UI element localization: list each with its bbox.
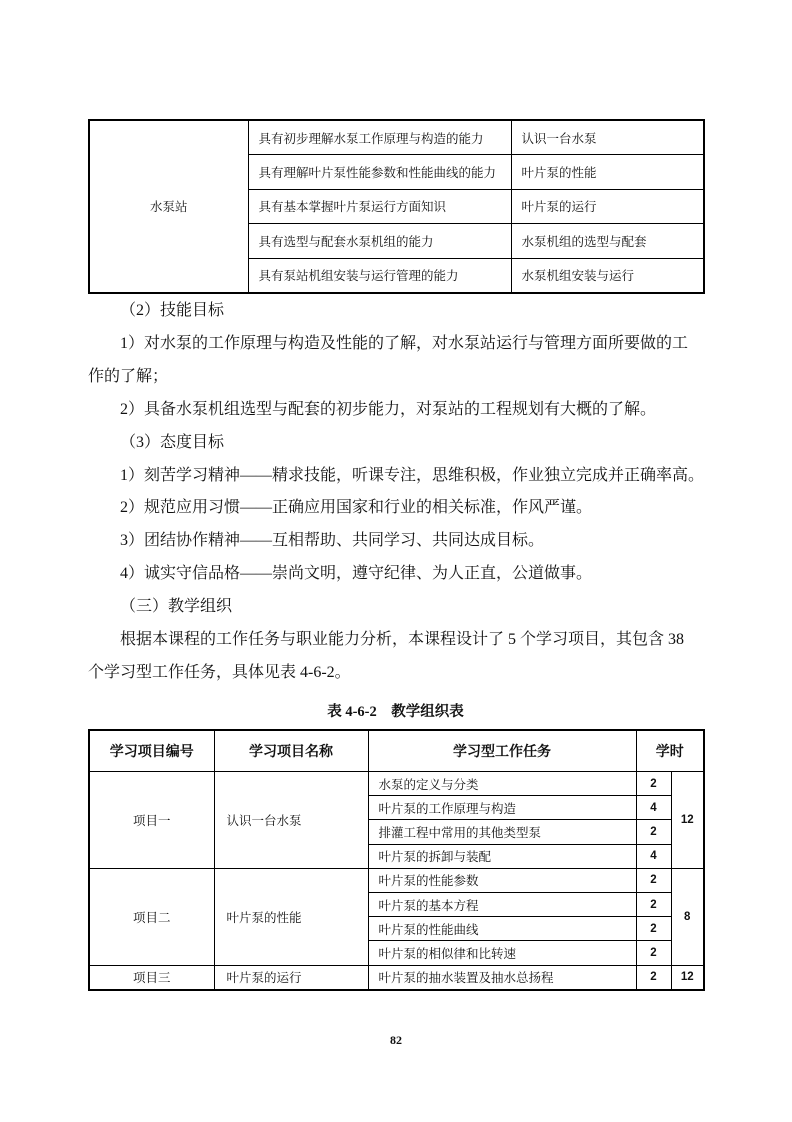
task-cell: 叶片泵的相似律和比转速 [368, 941, 636, 965]
table-row: 项目二 叶片泵的性能 叶片泵的性能参数 2 8 [89, 868, 704, 892]
project-name-cell: 叶片泵的性能 [214, 868, 368, 965]
ability-cell: 具有基本掌握叶片泵运行方面知识 [248, 189, 511, 223]
body-line: 根据本课程的工作任务与职业能力分析，本课程设计了 5 个学习项目，其包含 38 [88, 624, 768, 657]
project-name-cell: 认识一台水泵 [214, 772, 368, 869]
table-caption-label: 表 4-6-2 [327, 704, 377, 720]
task-cell: 排灌工程中常用的其他类型泵 [368, 820, 636, 844]
page-number: 82 [0, 1033, 792, 1048]
teaching-organization-table: 学习项目编号 学习项目名称 学习型工作任务 学时 项目一 认识一台水泵 水泵的定… [88, 729, 705, 991]
ability-cell: 具有选型与配套水泵机组的能力 [248, 224, 511, 258]
total-hours-cell: 12 [671, 772, 704, 869]
task-cell: 叶片泵的拆卸与装配 [368, 844, 636, 868]
body-line: 2）规范应用习惯——正确应用国家和行业的相关标准，作风严谨。 [88, 492, 768, 525]
station-cell: 水泵站 [89, 120, 248, 293]
task-cell: 水泵的定义与分类 [368, 772, 636, 796]
table-row: 项目三 叶片泵的运行 叶片泵的抽水装置及抽水总扬程 2 12 [89, 965, 704, 990]
body-line: 个学习型工作任务，具体见表 4-6-2。 [88, 657, 768, 690]
project-cell: 叶片泵的性能 [511, 155, 704, 189]
project-name-cell: 叶片泵的运行 [214, 965, 368, 990]
body-line: 作的了解； [88, 361, 768, 394]
project-id-cell: 项目一 [89, 772, 214, 869]
body-line: 3）团结协作精神——互相帮助、共同学习、共同达成目标。 [88, 525, 768, 558]
ability-cell: 具有泵站机组安装与运行管理的能力 [248, 258, 511, 293]
ability-cell: 具有初步理解水泵工作原理与构造的能力 [248, 120, 511, 155]
competency-table: 水泵站 具有初步理解水泵工作原理与构造的能力 认识一台水泵 具有理解叶片泵性能参… [88, 119, 705, 294]
project-cell: 水泵机组安装与运行 [511, 258, 704, 293]
body-line: （3）态度目标 [88, 427, 768, 460]
task-cell: 叶片泵的性能参数 [368, 868, 636, 892]
hours-cell: 2 [636, 965, 671, 990]
hours-cell: 4 [636, 844, 671, 868]
header-project-id: 学习项目编号 [89, 730, 214, 772]
hours-cell: 2 [636, 772, 671, 796]
hours-cell: 2 [636, 868, 671, 892]
document-page: 水泵站 具有初步理解水泵工作原理与构造的能力 认识一台水泵 具有理解叶片泵性能参… [0, 0, 792, 1122]
task-cell: 叶片泵的工作原理与构造 [368, 796, 636, 820]
task-cell: 叶片泵的性能曲线 [368, 917, 636, 941]
project-id-cell: 项目三 [89, 965, 214, 990]
table-row: 水泵站 具有初步理解水泵工作原理与构造的能力 认识一台水泵 [89, 120, 704, 155]
ability-cell: 具有理解叶片泵性能参数和性能曲线的能力 [248, 155, 511, 189]
total-hours-cell: 12 [671, 965, 704, 990]
project-cell: 认识一台水泵 [511, 120, 704, 155]
body-line: （2）技能目标 [88, 295, 768, 328]
hours-cell: 2 [636, 917, 671, 941]
body-line: 1）刻苦学习精神——精求技能，听课专注，思维积极，作业独立完成并正确率高。 [88, 460, 768, 493]
hours-cell: 2 [636, 892, 671, 916]
task-cell: 叶片泵的基本方程 [368, 892, 636, 916]
header-project-name: 学习项目名称 [214, 730, 368, 772]
table-row: 项目一 认识一台水泵 水泵的定义与分类 2 12 [89, 772, 704, 796]
project-cell: 水泵机组的选型与配套 [511, 224, 704, 258]
header-task: 学习型工作任务 [368, 730, 636, 772]
task-cell: 叶片泵的抽水装置及抽水总扬程 [368, 965, 636, 990]
project-cell: 叶片泵的运行 [511, 189, 704, 223]
body-line: 2）具备水泵机组选型与配套的初步能力，对泵站的工程规划有大概的了解。 [88, 394, 768, 427]
hours-cell: 2 [636, 820, 671, 844]
total-hours-cell: 8 [671, 868, 704, 965]
body-line: 1）对水泵的工作原理与构造及性能的了解，对水泵站运行与管理方面所要做的工 [88, 328, 768, 361]
body-line: 4）诚实守信品格——崇尚文明，遵守纪律、为人正直，公道做事。 [88, 558, 768, 591]
body-line: （三）教学组织 [88, 591, 768, 624]
project-id-cell: 项目二 [89, 868, 214, 965]
table-caption-title: 教学组织表 [391, 704, 464, 720]
header-hours: 学时 [636, 730, 704, 772]
header-row: 学习项目编号 学习项目名称 学习型工作任务 学时 [89, 730, 704, 772]
hours-cell: 2 [636, 941, 671, 965]
hours-cell: 4 [636, 796, 671, 820]
table-caption: 表 4-6-2教学组织表 [88, 700, 703, 724]
body-text: （2）技能目标 1）对水泵的工作原理与构造及性能的了解，对水泵站运行与管理方面所… [88, 295, 768, 690]
